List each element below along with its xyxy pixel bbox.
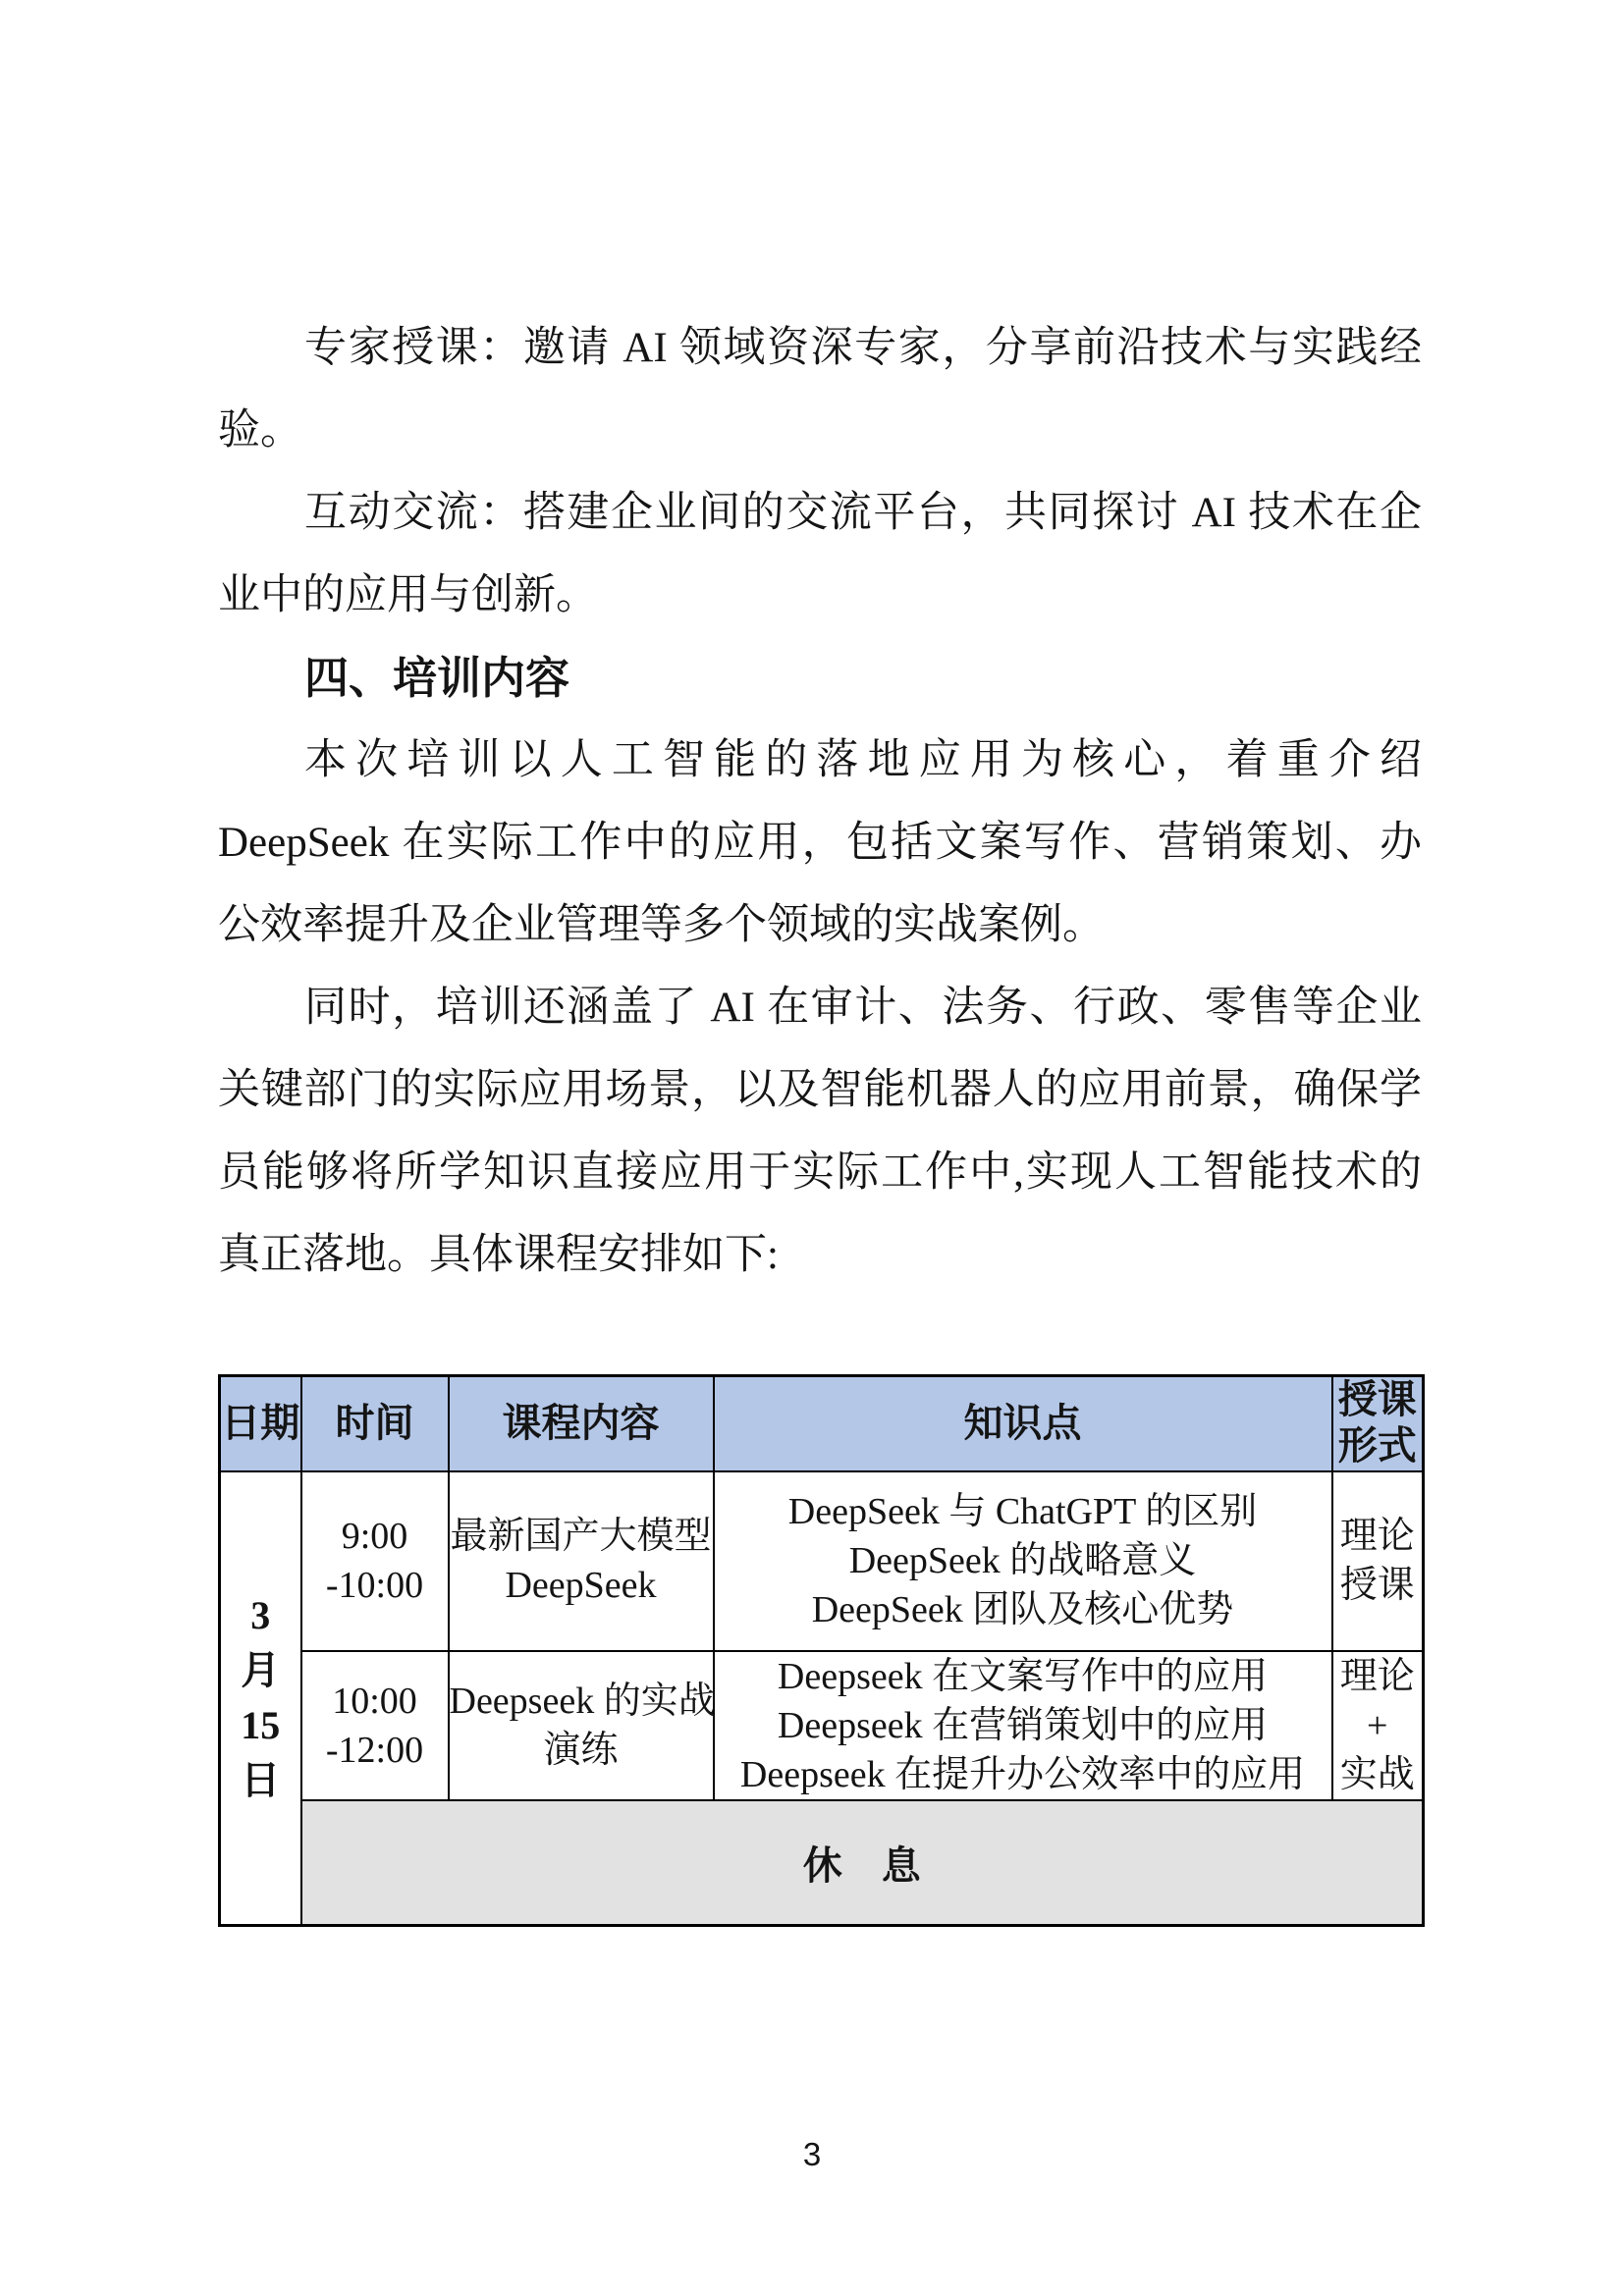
table-row: 3 月 15 日 9:00 -10:00 最新国产大模型 DeepSeek	[220, 1471, 1424, 1651]
time-cell: 9:00 -10:00	[301, 1471, 449, 1651]
paragraph-line: 专家授课：邀请 AI 领域资深专家，分享前沿技术与实践经	[218, 307, 1422, 390]
date-cell: 3 月 15 日	[220, 1471, 301, 1926]
document-body: 专家授课：邀请 AI 领域资深专家，分享前沿技术与实践经 验。 互动交流：搭建企…	[218, 307, 1422, 1927]
paragraph-line: 互动交流：搭建企业间的交流平台，共同探讨 AI 技术在企	[218, 472, 1422, 555]
date-text: 3 月 15 日	[221, 1535, 300, 1860]
course-cell: 最新国产大模型 DeepSeek	[449, 1471, 714, 1651]
document-page: 专家授课：邀请 AI 领域资深专家，分享前沿技术与实践经 验。 互动交流：搭建企…	[0, 0, 1624, 2296]
format-cell: 理论 + 实战	[1332, 1651, 1424, 1800]
table-row: 10:00 -12:00 Deepseek 的实战 演练 Deepseek 在文…	[220, 1651, 1424, 1800]
paragraph-line: 业中的应用与创新。	[218, 555, 1422, 637]
paragraph-line: 真正落地。具体课程安排如下:	[218, 1214, 1422, 1297]
paragraph-line: 关键部门的实际应用场景，以及智能机器人的应用前景，确保学	[218, 1049, 1422, 1132]
col-header-date: 日期	[220, 1376, 301, 1471]
course-schedule-table: 日期 时间 课程内容 知识点 授课形式 3 月 15 日	[218, 1374, 1425, 1927]
paragraph-interactive-exchange: 互动交流：搭建企业间的交流平台，共同探讨 AI 技术在企 业中的应用与创新。	[218, 472, 1422, 637]
col-header-knowledge: 知识点	[714, 1376, 1332, 1471]
rest-cell: 休 息	[301, 1800, 1424, 1926]
course-cell: Deepseek 的实战 演练	[449, 1651, 714, 1800]
paragraph-line: 本次培训以人工智能的落地应用为核心，着重介绍	[218, 720, 1422, 802]
col-header-format: 授课形式	[1332, 1376, 1424, 1471]
section-heading-training-content: 四、培训内容	[218, 637, 1422, 720]
knowledge-cell: Deepseek 在文案写作中的应用 Deepseek 在营销策划中的应用 De…	[714, 1651, 1332, 1800]
paragraph-line: 同时，培训还涵盖了 AI 在审计、法务、行政、零售等企业	[218, 967, 1422, 1049]
knowledge-cell: DeepSeek 与 ChatGPT 的区别 DeepSeek 的战略意义 De…	[714, 1471, 1332, 1651]
paragraph-line: DeepSeek 在实际工作中的应用，包括文案写作、营销策划、办	[218, 802, 1422, 884]
paragraph-line: 公效率提升及企业管理等多个领域的实战案例。	[218, 884, 1422, 967]
time-cell: 10:00 -12:00	[301, 1651, 449, 1800]
paragraph-training-core: 本次培训以人工智能的落地应用为核心，着重介绍 DeepSeek 在实际工作中的应…	[218, 720, 1422, 967]
paragraph-training-coverage: 同时，培训还涵盖了 AI 在审计、法务、行政、零售等企业 关键部门的实际应用场景…	[218, 967, 1422, 1297]
paragraph-line: 员能够将所学知识直接应用于实际工作中,实现人工智能技术的	[218, 1132, 1422, 1214]
table-row-rest: 休 息	[220, 1800, 1424, 1926]
paragraph-expert-teaching: 专家授课：邀请 AI 领域资深专家，分享前沿技术与实践经 验。	[218, 307, 1422, 472]
table-header-row: 日期 时间 课程内容 知识点 授课形式	[220, 1376, 1424, 1471]
col-header-time: 时间	[301, 1376, 449, 1471]
col-header-course: 课程内容	[449, 1376, 714, 1471]
page-number: 3	[0, 2136, 1624, 2173]
paragraph-line: 验。	[218, 390, 1422, 472]
format-cell: 理论 授课	[1332, 1471, 1424, 1651]
